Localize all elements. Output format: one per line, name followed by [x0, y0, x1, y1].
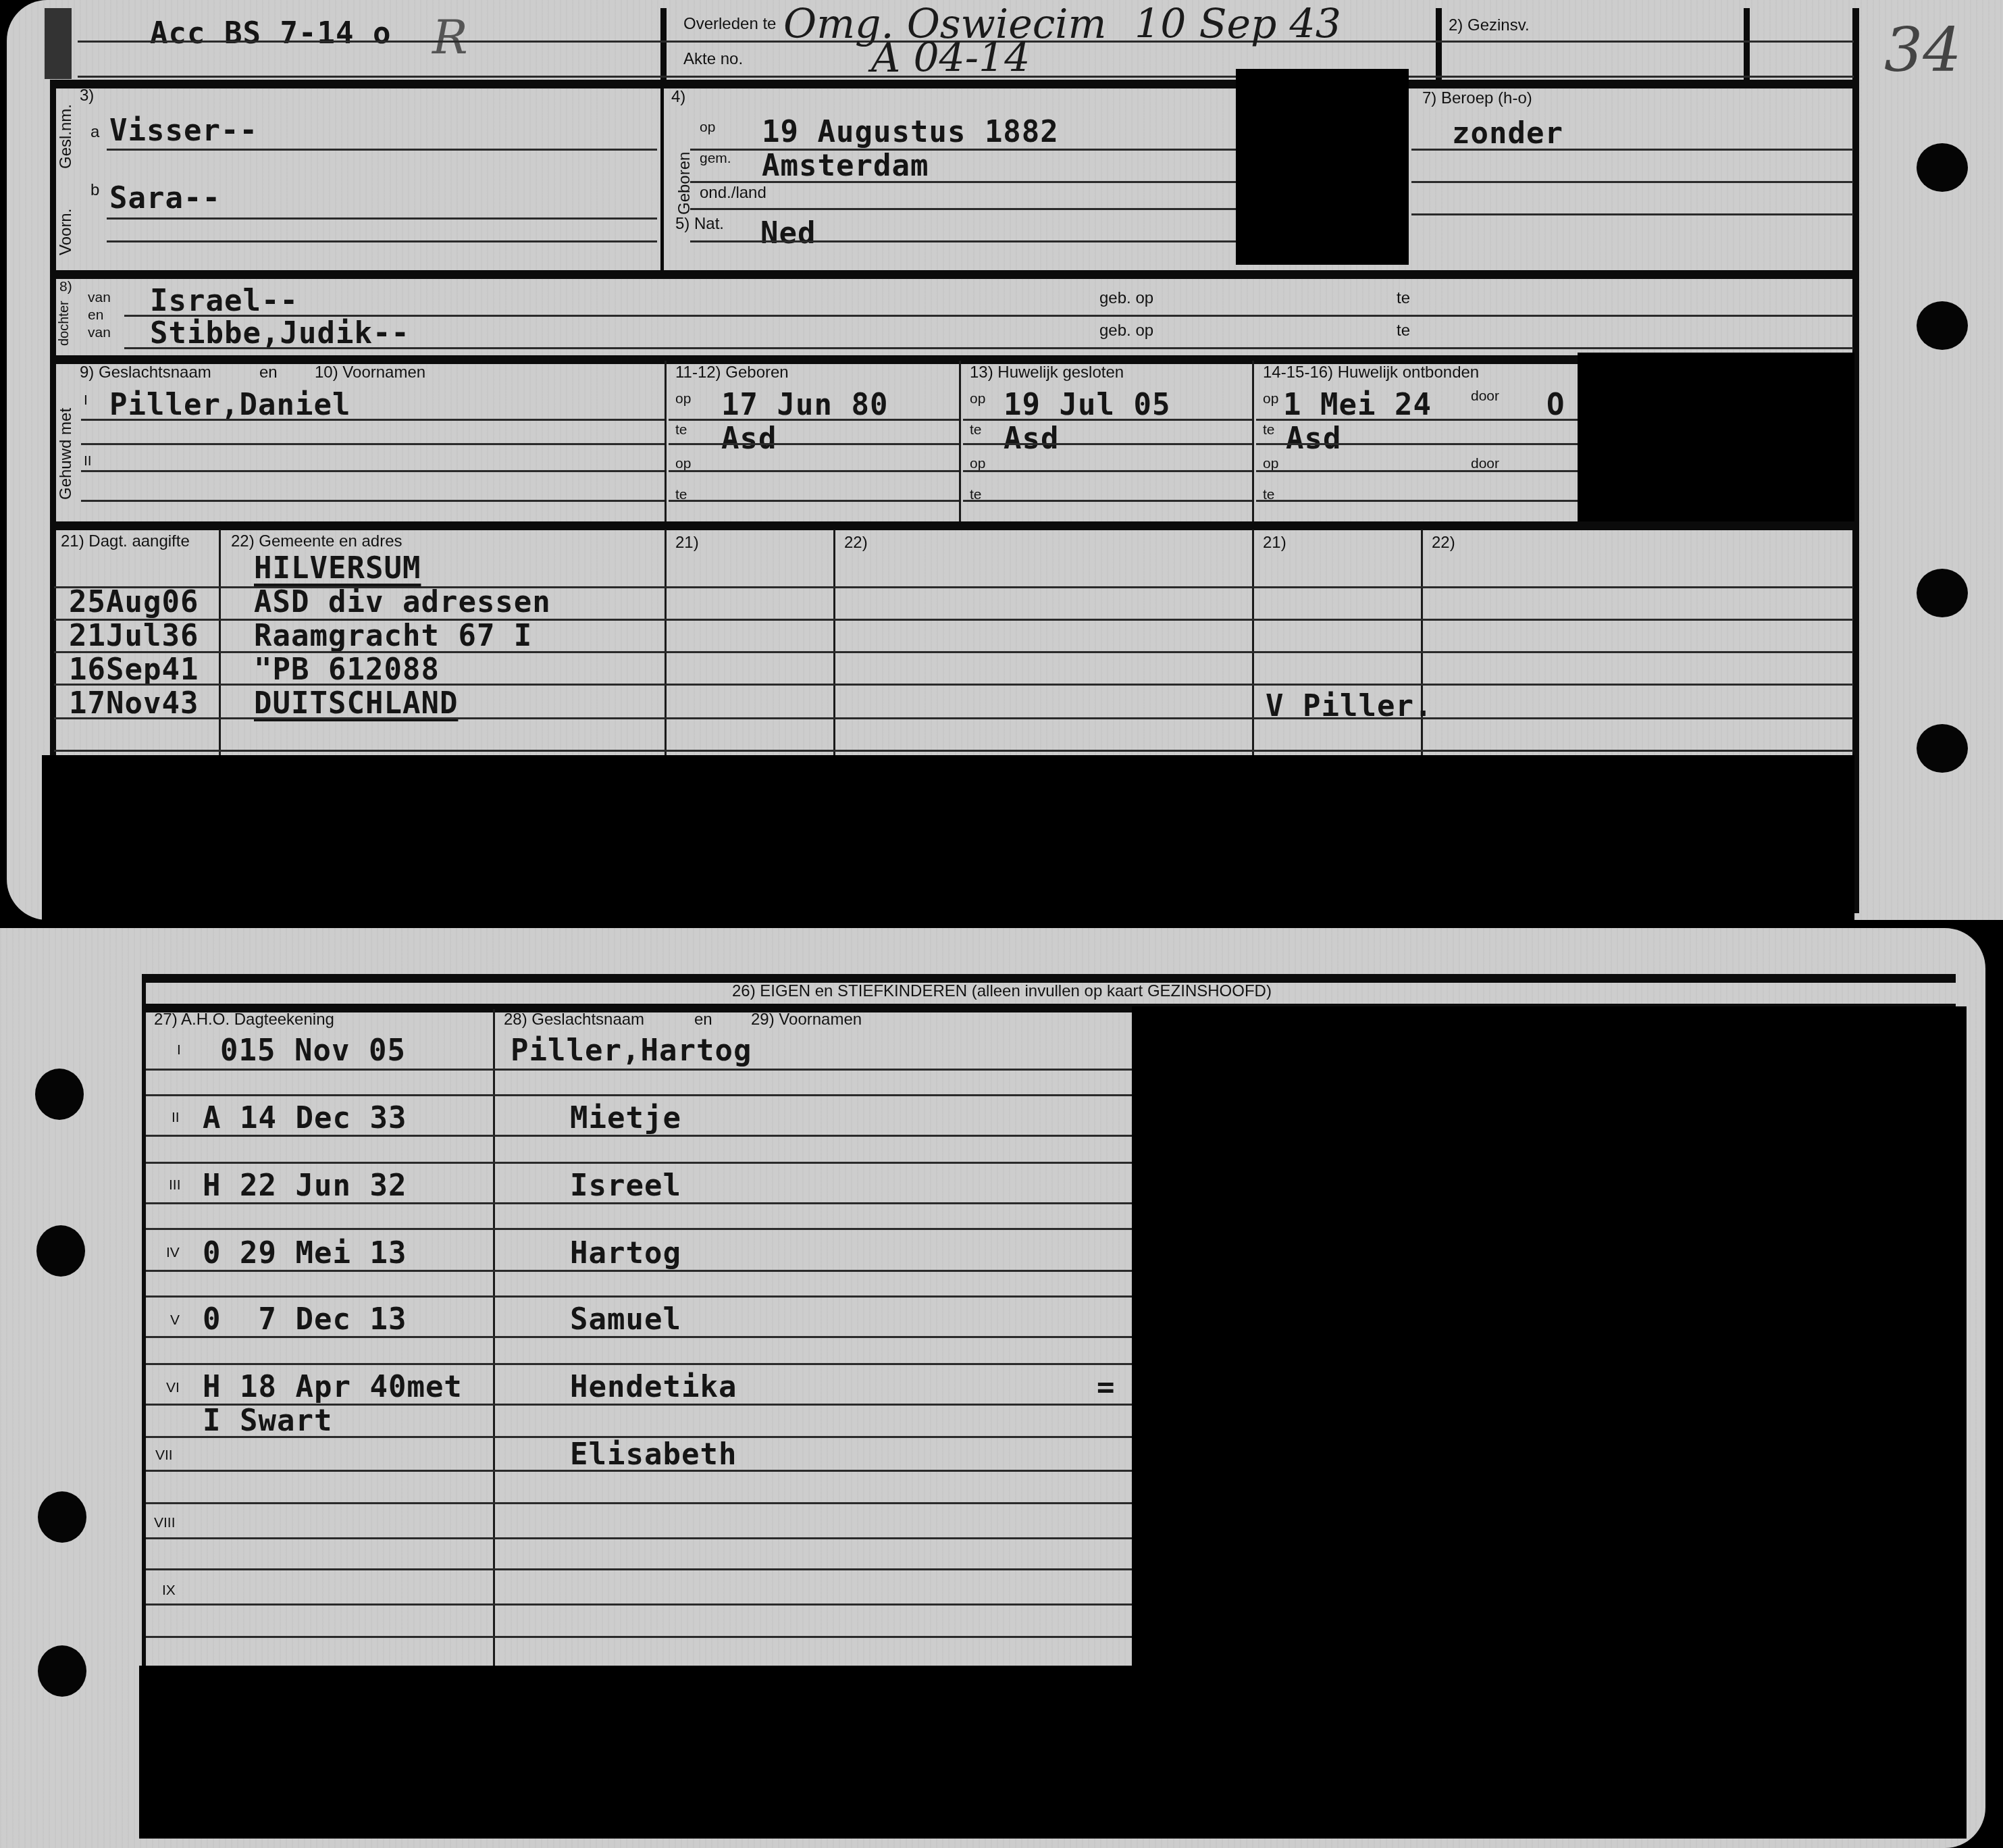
child-line [146, 1404, 1132, 1406]
child-line [146, 1135, 1132, 1137]
beroep-line-3 [1411, 213, 1853, 215]
birth-gem-label: gem. [700, 151, 731, 165]
geslachtsnaam-header: 9) Geslachtsnaam [80, 365, 211, 381]
left-border [45, 8, 72, 79]
addr-line-1 [54, 586, 1853, 588]
ontbonden-line-4 [1256, 500, 1580, 502]
marriage-col-3 [1252, 361, 1254, 523]
gesloten-line-2 [963, 443, 1252, 445]
geboren-line-4 [669, 500, 959, 502]
dagt-aangifte-header: 21) Dagt. aangifte [61, 534, 190, 550]
addr-col-4 [1252, 530, 1254, 755]
section-rule-1 [50, 80, 1853, 88]
punch-hole-6 [36, 1225, 85, 1277]
ond-land-line [690, 208, 1237, 210]
surname-line [107, 149, 657, 151]
ond-land-label: ond./land [700, 185, 766, 201]
child-line [146, 1202, 1132, 1204]
geboren-line-1 [669, 419, 959, 421]
child-line [146, 1502, 1132, 1504]
child-name: Hendetika [570, 1372, 737, 1402]
child-line [146, 1568, 1132, 1570]
marker-a: a [90, 124, 99, 140]
redaction-bottom-top-card [42, 755, 1854, 920]
mother-line [124, 347, 1853, 349]
aho-header: 27) A.H.O. Dagteekening [154, 1012, 334, 1028]
van-label-2: van [88, 326, 111, 340]
child-date: H 18 Apr 40met [203, 1372, 463, 1402]
gesl-side-label: Gesl.nm. [57, 104, 76, 169]
nationality: Ned [760, 219, 816, 249]
child-line [146, 1094, 1132, 1096]
punch-hole-3 [1917, 569, 1968, 617]
geboren-side-label: Geboren [675, 152, 694, 215]
addr-line-2 [54, 619, 1853, 621]
address-date-1: 25Aug06 [69, 588, 199, 617]
child-name: Hartog [570, 1239, 681, 1268]
beroep-label: 7) Beroep (h-o) [1422, 91, 1532, 107]
col5-header: 21) [1263, 535, 1286, 551]
spouse-birth-place: Asd [721, 424, 777, 454]
geboren-line-3 [669, 470, 959, 472]
mother-geb-op: geb. op [1099, 323, 1153, 339]
punch-hole-5 [35, 1069, 84, 1120]
marriage-date: 19 Jul 05 [1004, 390, 1170, 420]
spouse-line-3 [81, 470, 665, 472]
child-name: Elisabeth [570, 1440, 737, 1470]
married2-op: op [970, 457, 985, 471]
dissolved-te: te [1263, 423, 1275, 437]
door-label-2: door [1471, 457, 1499, 471]
voorn-side-label: Voorn. [57, 209, 76, 255]
spouse-line-4 [81, 500, 665, 502]
child-name: Mietje [570, 1104, 681, 1133]
address-0: HILVERSUM [254, 554, 421, 584]
child-num: VII [155, 1448, 173, 1462]
punch-hole-1 [1917, 143, 1968, 192]
redaction-marriage [1578, 353, 1854, 521]
child-line [146, 1162, 1132, 1164]
en-label: en [88, 308, 103, 322]
address-date-3: 16Sep41 [69, 655, 199, 685]
mother-te: te [1397, 323, 1410, 339]
marriage-col-2 [959, 361, 961, 523]
punch-hole-4 [1917, 724, 1968, 773]
en-header: en [259, 365, 278, 381]
child-line [146, 1336, 1132, 1338]
address-3: "PB 612088 [254, 655, 440, 685]
birth-op-label: op [700, 120, 715, 134]
field-4-number: 4) [671, 89, 685, 105]
beroep-line-2 [1411, 181, 1853, 183]
child-name: Isreel [570, 1171, 681, 1201]
child-line [146, 1636, 1132, 1638]
child-voornamen-header: 29) Voornamen [751, 1012, 862, 1028]
beroep-line-1 [1411, 149, 1853, 151]
address-date-4: 17Nov43 [69, 689, 199, 719]
death-date-handwritten: 10 Sep 43 [1135, 4, 1341, 45]
child-line [146, 1537, 1132, 1539]
given-line-2 [107, 240, 657, 242]
child-line [146, 1295, 1132, 1298]
name-birth-divider [660, 80, 664, 276]
child-num: VI [166, 1381, 180, 1395]
nationality-label: 5) Nat. [675, 216, 724, 232]
children-section-title: 26) EIGEN en STIEFKINDEREN (alleen invul… [732, 983, 1272, 1000]
marriage-place: Asd [1004, 424, 1059, 454]
child-date: 015 Nov 05 [220, 1036, 406, 1066]
overleden-label: Overleden te [683, 16, 776, 32]
punch-hole-8 [38, 1645, 86, 1697]
gezinsv-label: 2) Gezinsv. [1449, 18, 1530, 34]
left-rule [50, 80, 56, 755]
father-geb-op: geb. op [1099, 290, 1153, 307]
gesloten-line-3 [963, 470, 1252, 472]
spouse-name: Piller,Daniel [109, 390, 350, 420]
addr-col-1 [219, 530, 221, 755]
dissolved-date: 1 Mei 24 [1283, 390, 1432, 420]
birth-place-line [690, 181, 1237, 183]
occupation: zonder [1452, 119, 1563, 149]
married-op: op [970, 392, 985, 406]
child-line [146, 1069, 1132, 1071]
child-num: III [169, 1178, 181, 1192]
header-divider-2 [1436, 8, 1442, 82]
addr-line-5 [54, 717, 1853, 719]
dochter-side-label: dochter [57, 301, 72, 346]
addr-col-2 [665, 530, 667, 755]
spouse-i-marker: I [84, 393, 88, 407]
punch-hole-7 [38, 1491, 86, 1543]
header-divider-1 [660, 8, 667, 82]
marriage-col-1 [665, 361, 667, 523]
bottom-left-border [142, 974, 146, 1666]
spouse-birth-date: 17 Jun 80 [721, 390, 888, 420]
field-8-number: 8) [59, 280, 72, 294]
ontbonden-line-2 [1256, 443, 1580, 445]
child-num: IX [162, 1583, 176, 1597]
col6-header: 22) [1432, 535, 1455, 551]
door-label: door [1471, 389, 1499, 403]
address-4: DUITSCHLAND [254, 689, 458, 719]
header-divider-3 [1744, 8, 1750, 82]
redaction-children-right [1132, 1006, 1967, 1666]
mother-name: Stibbe,Judik-- [150, 319, 410, 349]
ontbonden-header: 14-15-16) Huwelijk ontbonden [1263, 365, 1479, 381]
spouse-line-1 [81, 419, 665, 421]
surname: Visser-- [109, 116, 258, 146]
gehuwd-side-label: Gehuwd met [57, 408, 76, 500]
married-te: te [970, 423, 982, 437]
address-2: Raamgracht 67 I [254, 621, 532, 651]
field-3-number: 3) [80, 88, 94, 104]
father-name: Israel-- [150, 286, 298, 316]
child-line [146, 1363, 1132, 1365]
gesloten-line-1 [963, 419, 1252, 421]
akte-number-handwritten: A 04-14 [871, 38, 1030, 78]
dissolved-by: O [1546, 390, 1565, 420]
van-label-1: van [88, 290, 111, 305]
address-date-2: 21Jul36 [69, 621, 199, 651]
child-date: 0 29 Mei 13 [203, 1239, 407, 1268]
child-line [146, 1228, 1132, 1230]
geboren-header: 11-12) Geboren [675, 365, 789, 381]
gemeente-adres-header: 22) Gemeente en adres [231, 534, 402, 550]
spouse2-birth-op: op [675, 457, 691, 471]
address-note: V Piller. [1266, 692, 1432, 721]
col4-header: 22) [844, 535, 868, 551]
corner-number: 34 [1884, 20, 1962, 81]
geboren-line-2 [669, 443, 959, 445]
dissolved2-op: op [1263, 457, 1278, 471]
addr-line-3 [54, 651, 1853, 653]
spouse-birth-te: te [675, 423, 687, 437]
child-num: VIII [154, 1516, 176, 1530]
child-name: Samuel [570, 1305, 681, 1335]
dissolved-place: Asd [1286, 424, 1341, 454]
child-date-continued: I Swart [203, 1406, 332, 1436]
birth-place: Amsterdam [762, 151, 929, 181]
birth-date: 19 Augustus 1882 [762, 118, 1059, 147]
child-num: II [172, 1110, 180, 1125]
ontbonden-line-1 [1256, 419, 1580, 421]
addr-line-4 [54, 684, 1853, 686]
given-line [107, 217, 657, 220]
section-rule-4 [50, 521, 1853, 530]
addr-col-3 [833, 530, 835, 755]
nationality-line [690, 240, 1237, 242]
akte-label: Akte no. [683, 51, 743, 68]
col3-header: 21) [675, 535, 699, 551]
child-date: 0 7 Dec 13 [203, 1305, 407, 1335]
voornamen-header: 10) Voornamen [315, 365, 425, 381]
child-en-header: en [694, 1012, 712, 1028]
section-rule-2 [50, 270, 1853, 279]
redaction-children-bottom [139, 1666, 1967, 1839]
spouse-ii-marker: II [84, 454, 92, 468]
file-reference: Acc BS 7-14 o [150, 19, 391, 49]
dissolved-op: op [1263, 392, 1278, 406]
child-line [146, 1470, 1132, 1472]
gesloten-line-4 [963, 500, 1252, 502]
spouse-birth-op: op [675, 392, 691, 406]
gesloten-header: 13) Huwelijk gesloten [970, 365, 1124, 381]
given-names: Sara-- [109, 184, 221, 213]
child-date: H 22 Jun 32 [203, 1171, 407, 1201]
punch-hole-2 [1917, 301, 1968, 350]
redaction-photo [1236, 69, 1409, 265]
child-mark: = [1097, 1372, 1116, 1402]
child-line [146, 1603, 1132, 1606]
child-name-header: 28) Geslachtsnaam [504, 1012, 644, 1028]
address-1: ASD div adressen [254, 588, 551, 617]
ontbonden-line-3 [1256, 470, 1580, 472]
marker-b: b [90, 182, 99, 199]
spouse-line-2 [81, 443, 665, 445]
reference-mark: R [432, 14, 468, 61]
child-num: V [170, 1313, 180, 1327]
father-te: te [1397, 290, 1410, 307]
addr-line-6 [54, 750, 1853, 752]
child-name: Piller,Hartog [511, 1036, 752, 1066]
child-num: I [177, 1043, 181, 1057]
child-line [146, 1436, 1132, 1438]
child-date: A 14 Dec 33 [203, 1104, 407, 1133]
child-line [146, 1270, 1132, 1272]
child-num: IV [166, 1246, 180, 1260]
